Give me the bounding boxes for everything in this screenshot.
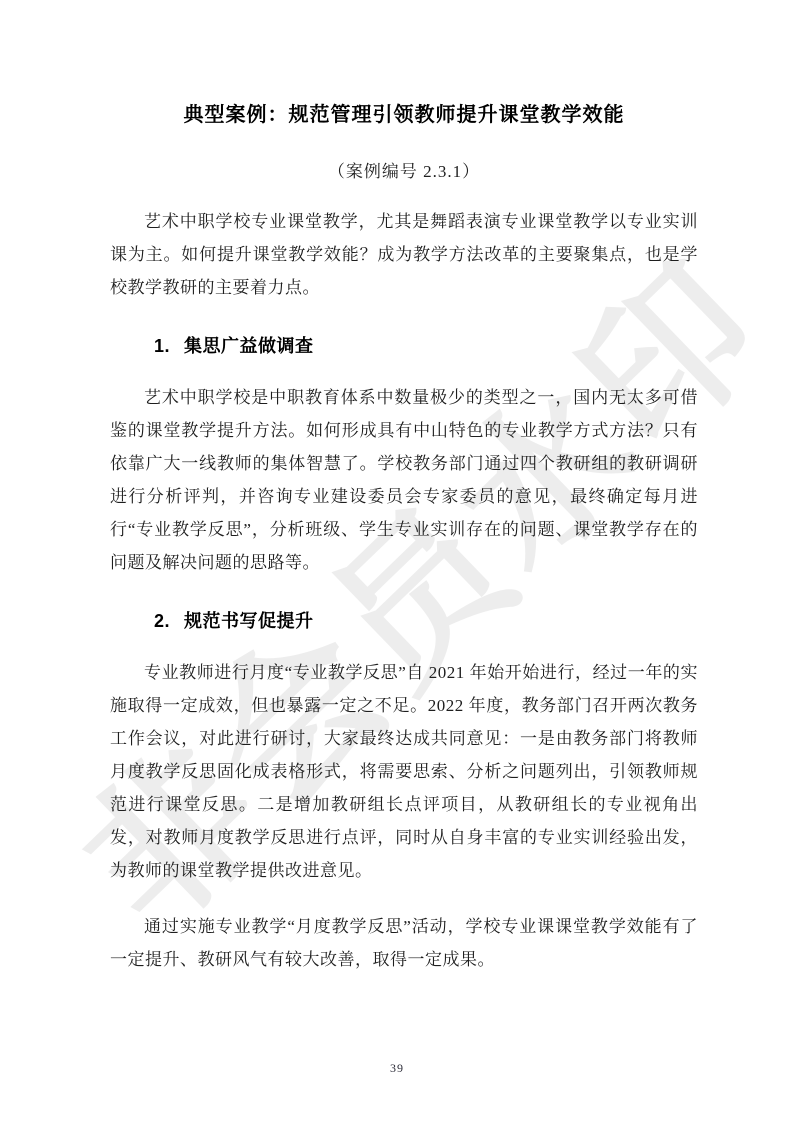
section-1-heading: 1.集思广益做调查 <box>154 332 698 358</box>
section-1-paragraph: 艺术中职学校是中职教育体系中数量极少的类型之一，国内无太多可借鉴的课堂教学提升方… <box>110 381 698 579</box>
document-page: 非会员水印 典型案例：规范管理引领教师提升课堂教学效能 （案例编号 2.3.1）… <box>0 0 794 1123</box>
section-2-paragraph-2: 通过实施专业教学“月度教学反思”活动，学校专业课课堂教学效能有了一定提升、教研风… <box>110 910 698 976</box>
case-number-subtitle: （案例编号 2.3.1） <box>110 157 698 182</box>
document-content: 典型案例：规范管理引领教师提升课堂教学效能 （案例编号 2.3.1） 艺术中职学… <box>0 0 794 976</box>
page-footer: 39 <box>0 1059 794 1077</box>
section-2-number: 2. <box>154 611 170 631</box>
section-2-paragraph-1: 专业教师进行月度“专业教学反思”自 2021 年始开始进行，经过一年的实施取得一… <box>110 656 698 887</box>
section-2-title: 规范书写促提升 <box>184 611 314 631</box>
intro-paragraph: 艺术中职学校专业课堂教学，尤其是舞蹈表演专业课堂教学以专业实训课为主。如何提升课… <box>110 205 698 304</box>
section-1-number: 1. <box>154 336 170 356</box>
page-title: 典型案例：规范管理引领教师提升课堂教学效能 <box>110 100 698 130</box>
section-2-heading: 2.规范书写促提升 <box>154 607 698 633</box>
page-number: 39 <box>390 1061 404 1075</box>
section-1-title: 集思广益做调查 <box>184 336 314 356</box>
